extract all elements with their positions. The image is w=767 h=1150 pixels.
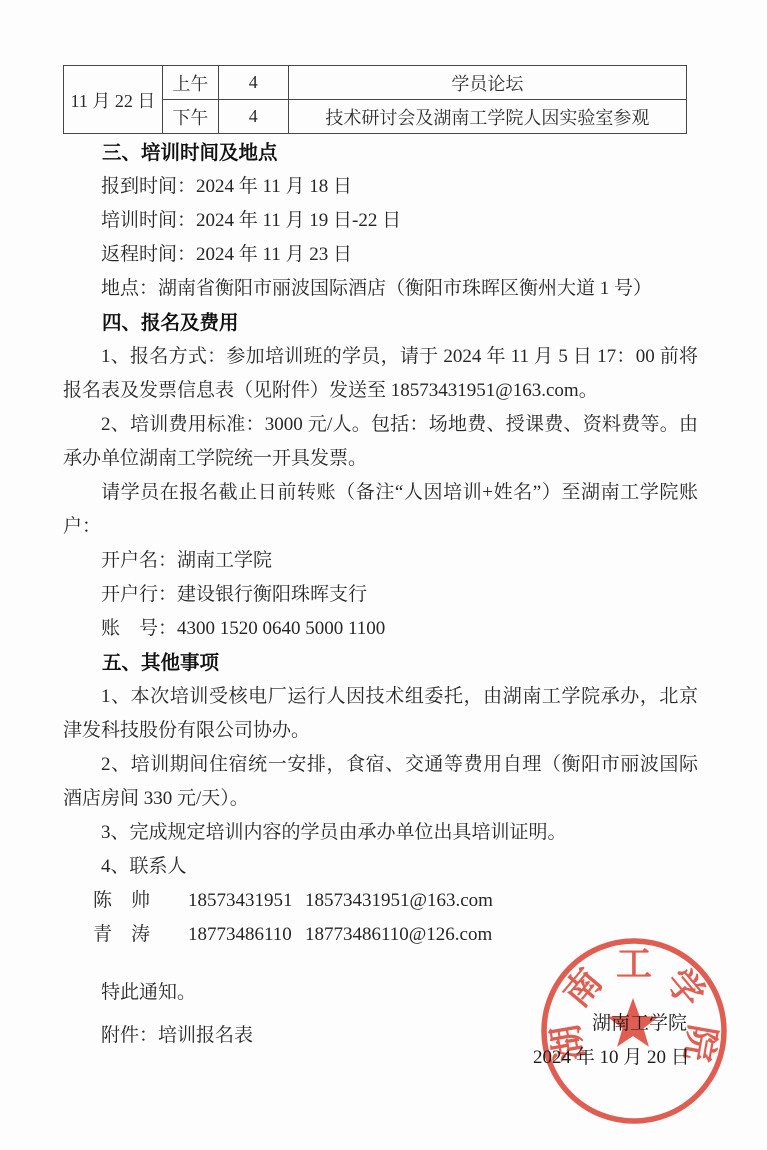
paragraph-organizers: 1、本次培训受核电厂运行人因技术组委托，由湖南工学院承办，北京津发科技股份有限公… xyxy=(63,680,698,748)
paragraph-training-time: 培训时间：2024 年 11 月 19 日-22 日 xyxy=(63,204,698,238)
seal-char: 工 xyxy=(616,944,652,984)
paragraph-location: 地点：湖南省衡阳市丽波国际酒店（衡阳市珠晖区衡州大道 1 号） xyxy=(63,272,698,306)
document-page: 11 月 22 日 上午 4 学员论坛 下午 4 技术研讨会及湖南工学院人因实验… xyxy=(0,0,767,1150)
paragraph-return-time: 返程时间：2024 年 11 月 23 日 xyxy=(63,238,698,272)
contact-name: 青 涛 xyxy=(93,918,188,952)
table-cell-content: 技术研讨会及湖南工学院人因实验室参观 xyxy=(288,100,686,134)
contact-phone: 18773486110 xyxy=(188,918,305,952)
paragraph-certificate: 3、完成规定培训内容的学员由承办单位出具培训证明。 xyxy=(63,816,698,850)
table-cell-session: 下午 xyxy=(162,100,218,134)
table-cell-session: 上午 xyxy=(162,66,218,100)
signature-org: 湖南工学院 xyxy=(592,1011,687,1037)
section-heading-five: 五、其他事项 xyxy=(63,646,698,680)
document-body: 三、培训时间及地点 报到时间：2024 年 11 月 18 日 培训时间：202… xyxy=(63,136,698,1053)
contact-phone: 18573431951 xyxy=(188,884,305,918)
section-heading-four: 四、报名及费用 xyxy=(63,306,698,340)
seal-char: 南 xyxy=(556,961,610,1014)
paragraph-registration: 1、报名方式：参加培训班的学员，请于 2024 年 11 月 5 日 17：00… xyxy=(63,340,698,408)
paragraph-transfer: 请学员在报名截止日前转账（备注“人因培训+姓名”）至湖南工学院账户： xyxy=(63,476,698,544)
table-cell-hours: 4 xyxy=(218,66,288,100)
table-cell-content: 学员论坛 xyxy=(288,66,686,100)
paragraph-contact-label: 4、联系人 xyxy=(63,850,698,884)
paragraph-account-number: 账 号：4300 1520 0640 5000 1100 xyxy=(63,612,698,646)
contact-name: 陈 帅 xyxy=(93,884,188,918)
section-heading-three: 三、培训时间及地点 xyxy=(63,136,698,170)
paragraph-fee: 2、培训费用标准：3000 元/人。包括：场地费、授课费、资料费等。由承办单位湖… xyxy=(63,408,698,476)
paragraph-accommodation: 2、培训期间住宿统一安排，食宿、交通等费用自理（衡阳市丽波国际酒店房间 330 … xyxy=(63,748,698,816)
contact-email: 18573431951@163.com xyxy=(305,884,493,918)
seal-char: 学 xyxy=(658,961,712,1014)
table-cell-date: 11 月 22 日 xyxy=(64,66,163,134)
contact-email: 18773486110@126.com xyxy=(305,918,492,952)
table-cell-hours: 4 xyxy=(218,100,288,134)
contact-row: 陈 帅 18573431951 18573431951@163.com xyxy=(63,884,698,918)
paragraph-account-name: 开户名：湖南工学院 xyxy=(63,544,698,578)
signature-date: 2024 年 10 月 20 日 xyxy=(533,1045,690,1071)
table-row: 11 月 22 日 上午 4 学员论坛 xyxy=(64,66,687,100)
paragraph-account-bank: 开户行：建设银行衡阳珠晖支行 xyxy=(63,578,698,612)
schedule-table: 11 月 22 日 上午 4 学员论坛 下午 4 技术研讨会及湖南工学院人因实验… xyxy=(63,65,687,134)
paragraph-checkin-time: 报到时间：2024 年 11 月 18 日 xyxy=(63,170,698,204)
